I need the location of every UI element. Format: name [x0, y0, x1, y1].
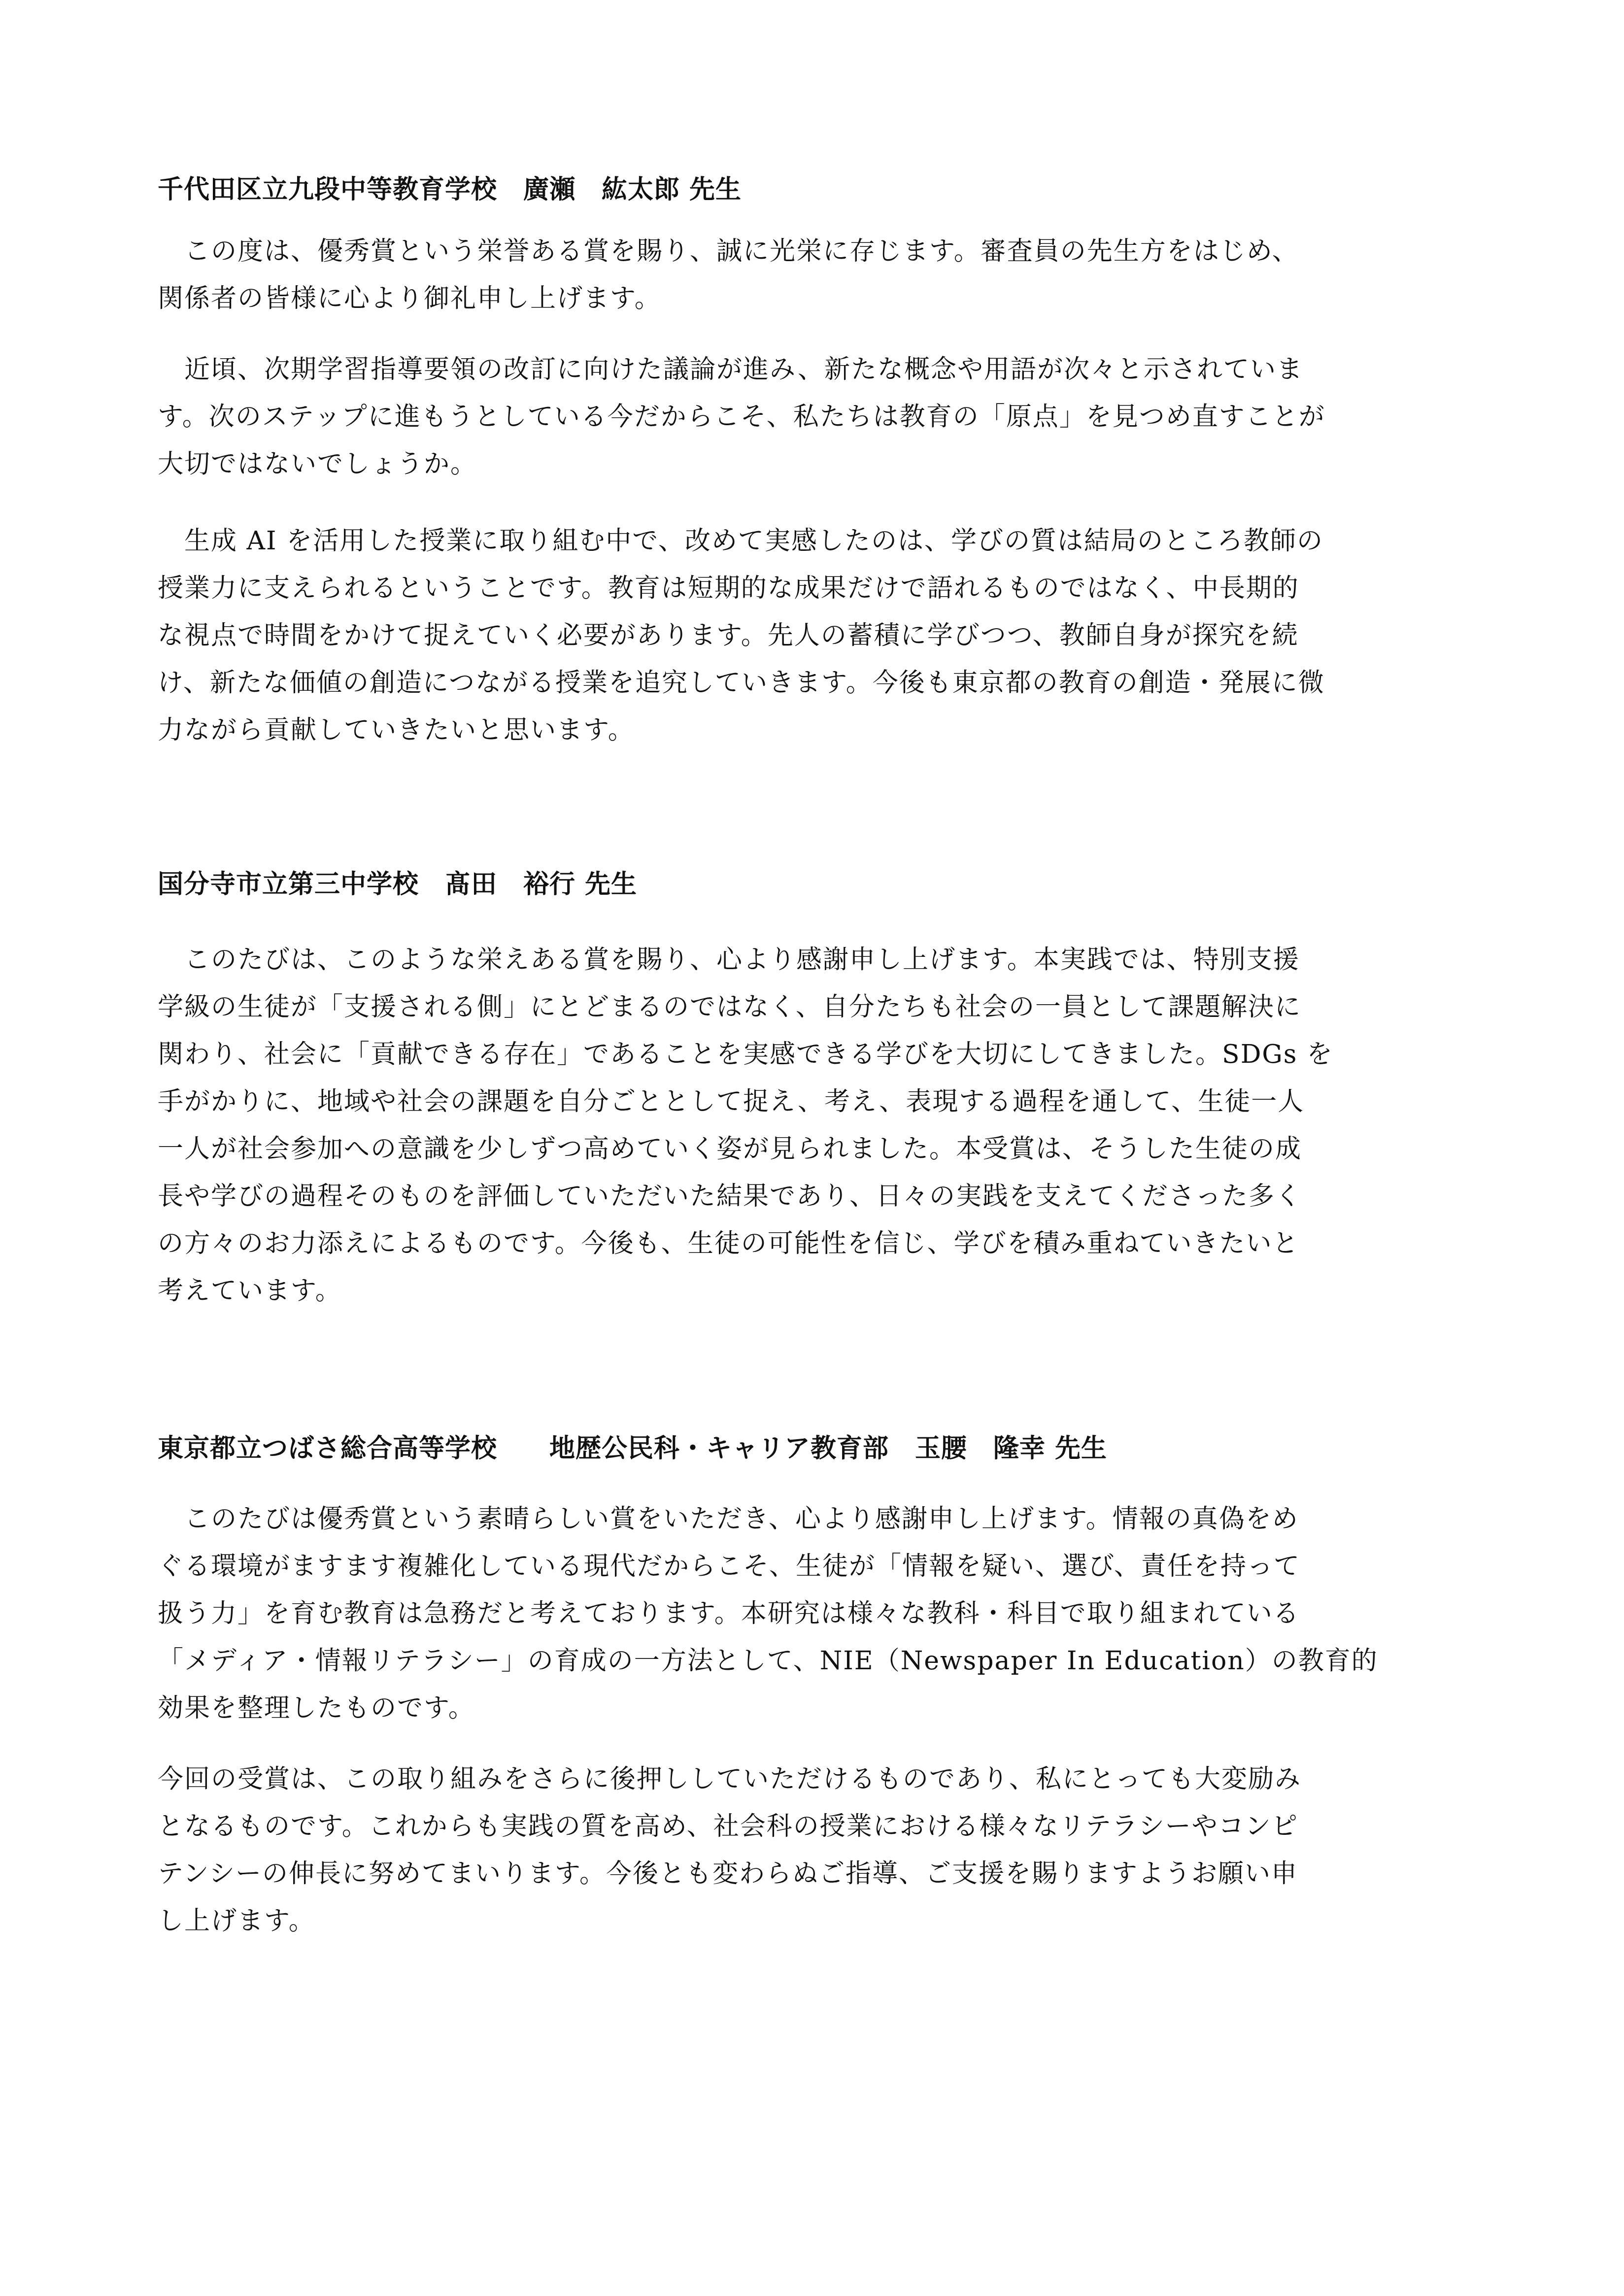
section-heading: 東京都立つばさ総合高等学校 地歴公民科・キャリア教育部 玉腰 隆幸 先生 [158, 1431, 1488, 1466]
text-line: 一人が社会参加への意識を少しずつ高めていく姿が見られました。本受賞は、そうした生… [158, 1125, 1488, 1173]
paragraph: 生成 AI を活用した授業に取り組む中で、改めて実感したのは、学びの質は結局のと… [158, 517, 1488, 754]
paragraph: 今回の受賞は、この取り組みをさらに後押ししていただけるものであり、私にとっても大… [158, 1756, 1488, 1945]
text-line: 学級の生徒が「支援される側」にとどまるのではなく、自分たちも社会の一員として課題… [158, 983, 1488, 1031]
section-kokubunji: 国分寺市立第三中学校 髙田 裕行 先生 このたびは、このような栄えある賞を賜り、… [158, 867, 1488, 1315]
text-line: 考えています。 [158, 1267, 1488, 1315]
text-line: 今回の受賞は、この取り組みをさらに後押ししていただけるものであり、私にとっても大… [158, 1756, 1488, 1803]
section-tsubasa: 東京都立つばさ総合高等学校 地歴公民科・キャリア教育部 玉腰 隆幸 先生 このた… [158, 1431, 1488, 1945]
paragraph: この度は、優秀賞という栄誉ある賞を賜り、誠に光栄に存じます。審査員の先生方をはじ… [158, 228, 1488, 322]
text-line: 力ながら貢献していきたいと思います。 [158, 707, 1488, 754]
section-heading: 千代田区立九段中等教育学校 廣瀬 紘太郎 先生 [158, 172, 1488, 207]
text-line: テンシーの伸長に努めてまいります。今後とも変わらぬご指導、ご支援を賜りますようお… [158, 1850, 1488, 1897]
text-line: け、新たな価値の創造につながる授業を追究していきます。今後も東京都の教育の創造・… [158, 659, 1488, 707]
text-line: ぐる環境がますます複雑化している現代だからこそ、生徒が「情報を疑い、選び、責任を… [158, 1543, 1488, 1590]
text-line: 効果を整理したものです。 [158, 1685, 1488, 1732]
text-line: このたびは優秀賞という素晴らしい賞をいただき、心より感謝申し上げます。情報の真偽… [158, 1495, 1488, 1543]
paragraph: このたびは優秀賞という素晴らしい賞をいただき、心より感謝申し上げます。情報の真偽… [158, 1495, 1488, 1732]
text-line: 大切ではないでしょうか。 [158, 440, 1488, 488]
paragraph: 近頃、次期学習指導要領の改訂に向けた議論が進み、新たな概念や用語が次々と示されて… [158, 346, 1488, 488]
text-line: 「メディア・情報リテラシー」の育成の一方法として、NIE（Newspaper I… [158, 1637, 1488, 1685]
text-line: 扱う力」を育む教育は急務だと考えております。本研究は様々な教科・科目で取り組まれ… [158, 1590, 1488, 1637]
paragraph: このたびは、このような栄えある賞を賜り、心より感謝申し上げます。本実践では、特別… [158, 936, 1488, 1315]
text-line: となるものです。これからも実践の質を高め、社会科の授業における様々なリテラシーや… [158, 1803, 1488, 1850]
text-line: 生成 AI を活用した授業に取り組む中で、改めて実感したのは、学びの質は結局のと… [158, 517, 1488, 565]
text-line: 関わり、社会に「貢献できる存在」であることを実感できる学びを大切にしてきました。… [158, 1031, 1488, 1078]
text-line: 授業力に支えられるということです。教育は短期的な成果だけで語れるものではなく、中… [158, 565, 1488, 612]
section-heading: 国分寺市立第三中学校 髙田 裕行 先生 [158, 867, 1488, 902]
text-line: このたびは、このような栄えある賞を賜り、心より感謝申し上げます。本実践では、特別… [158, 936, 1488, 983]
section-kudan: 千代田区立九段中等教育学校 廣瀬 紘太郎 先生 この度は、優秀賞という栄誉ある賞… [158, 172, 1488, 754]
text-line: 関係者の皆様に心より御礼申し上げます。 [158, 275, 1488, 322]
text-line: 近頃、次期学習指導要領の改訂に向けた議論が進み、新たな概念や用語が次々と示されて… [158, 346, 1488, 393]
text-line: し上げます。 [158, 1897, 1488, 1945]
text-line: な視点で時間をかけて捉えていく必要があります。先人の蓄積に学びつつ、教師自身が探… [158, 612, 1488, 659]
text-line: す。次のステップに進もうとしている今だからこそ、私たちは教育の「原点」を見つめ直… [158, 393, 1488, 440]
text-line: 手がかりに、地域や社会の課題を自分ごととして捉え、考え、表現する過程を通して、生… [158, 1078, 1488, 1125]
text-line: の方々のお力添えによるものです。今後も、生徒の可能性を信じ、学びを積み重ねていき… [158, 1220, 1488, 1267]
text-line: 長や学びの過程そのものを評価していただいた結果であり、日々の実践を支えてくださっ… [158, 1173, 1488, 1220]
text-line: この度は、優秀賞という栄誉ある賞を賜り、誠に光栄に存じます。審査員の先生方をはじ… [158, 228, 1488, 275]
